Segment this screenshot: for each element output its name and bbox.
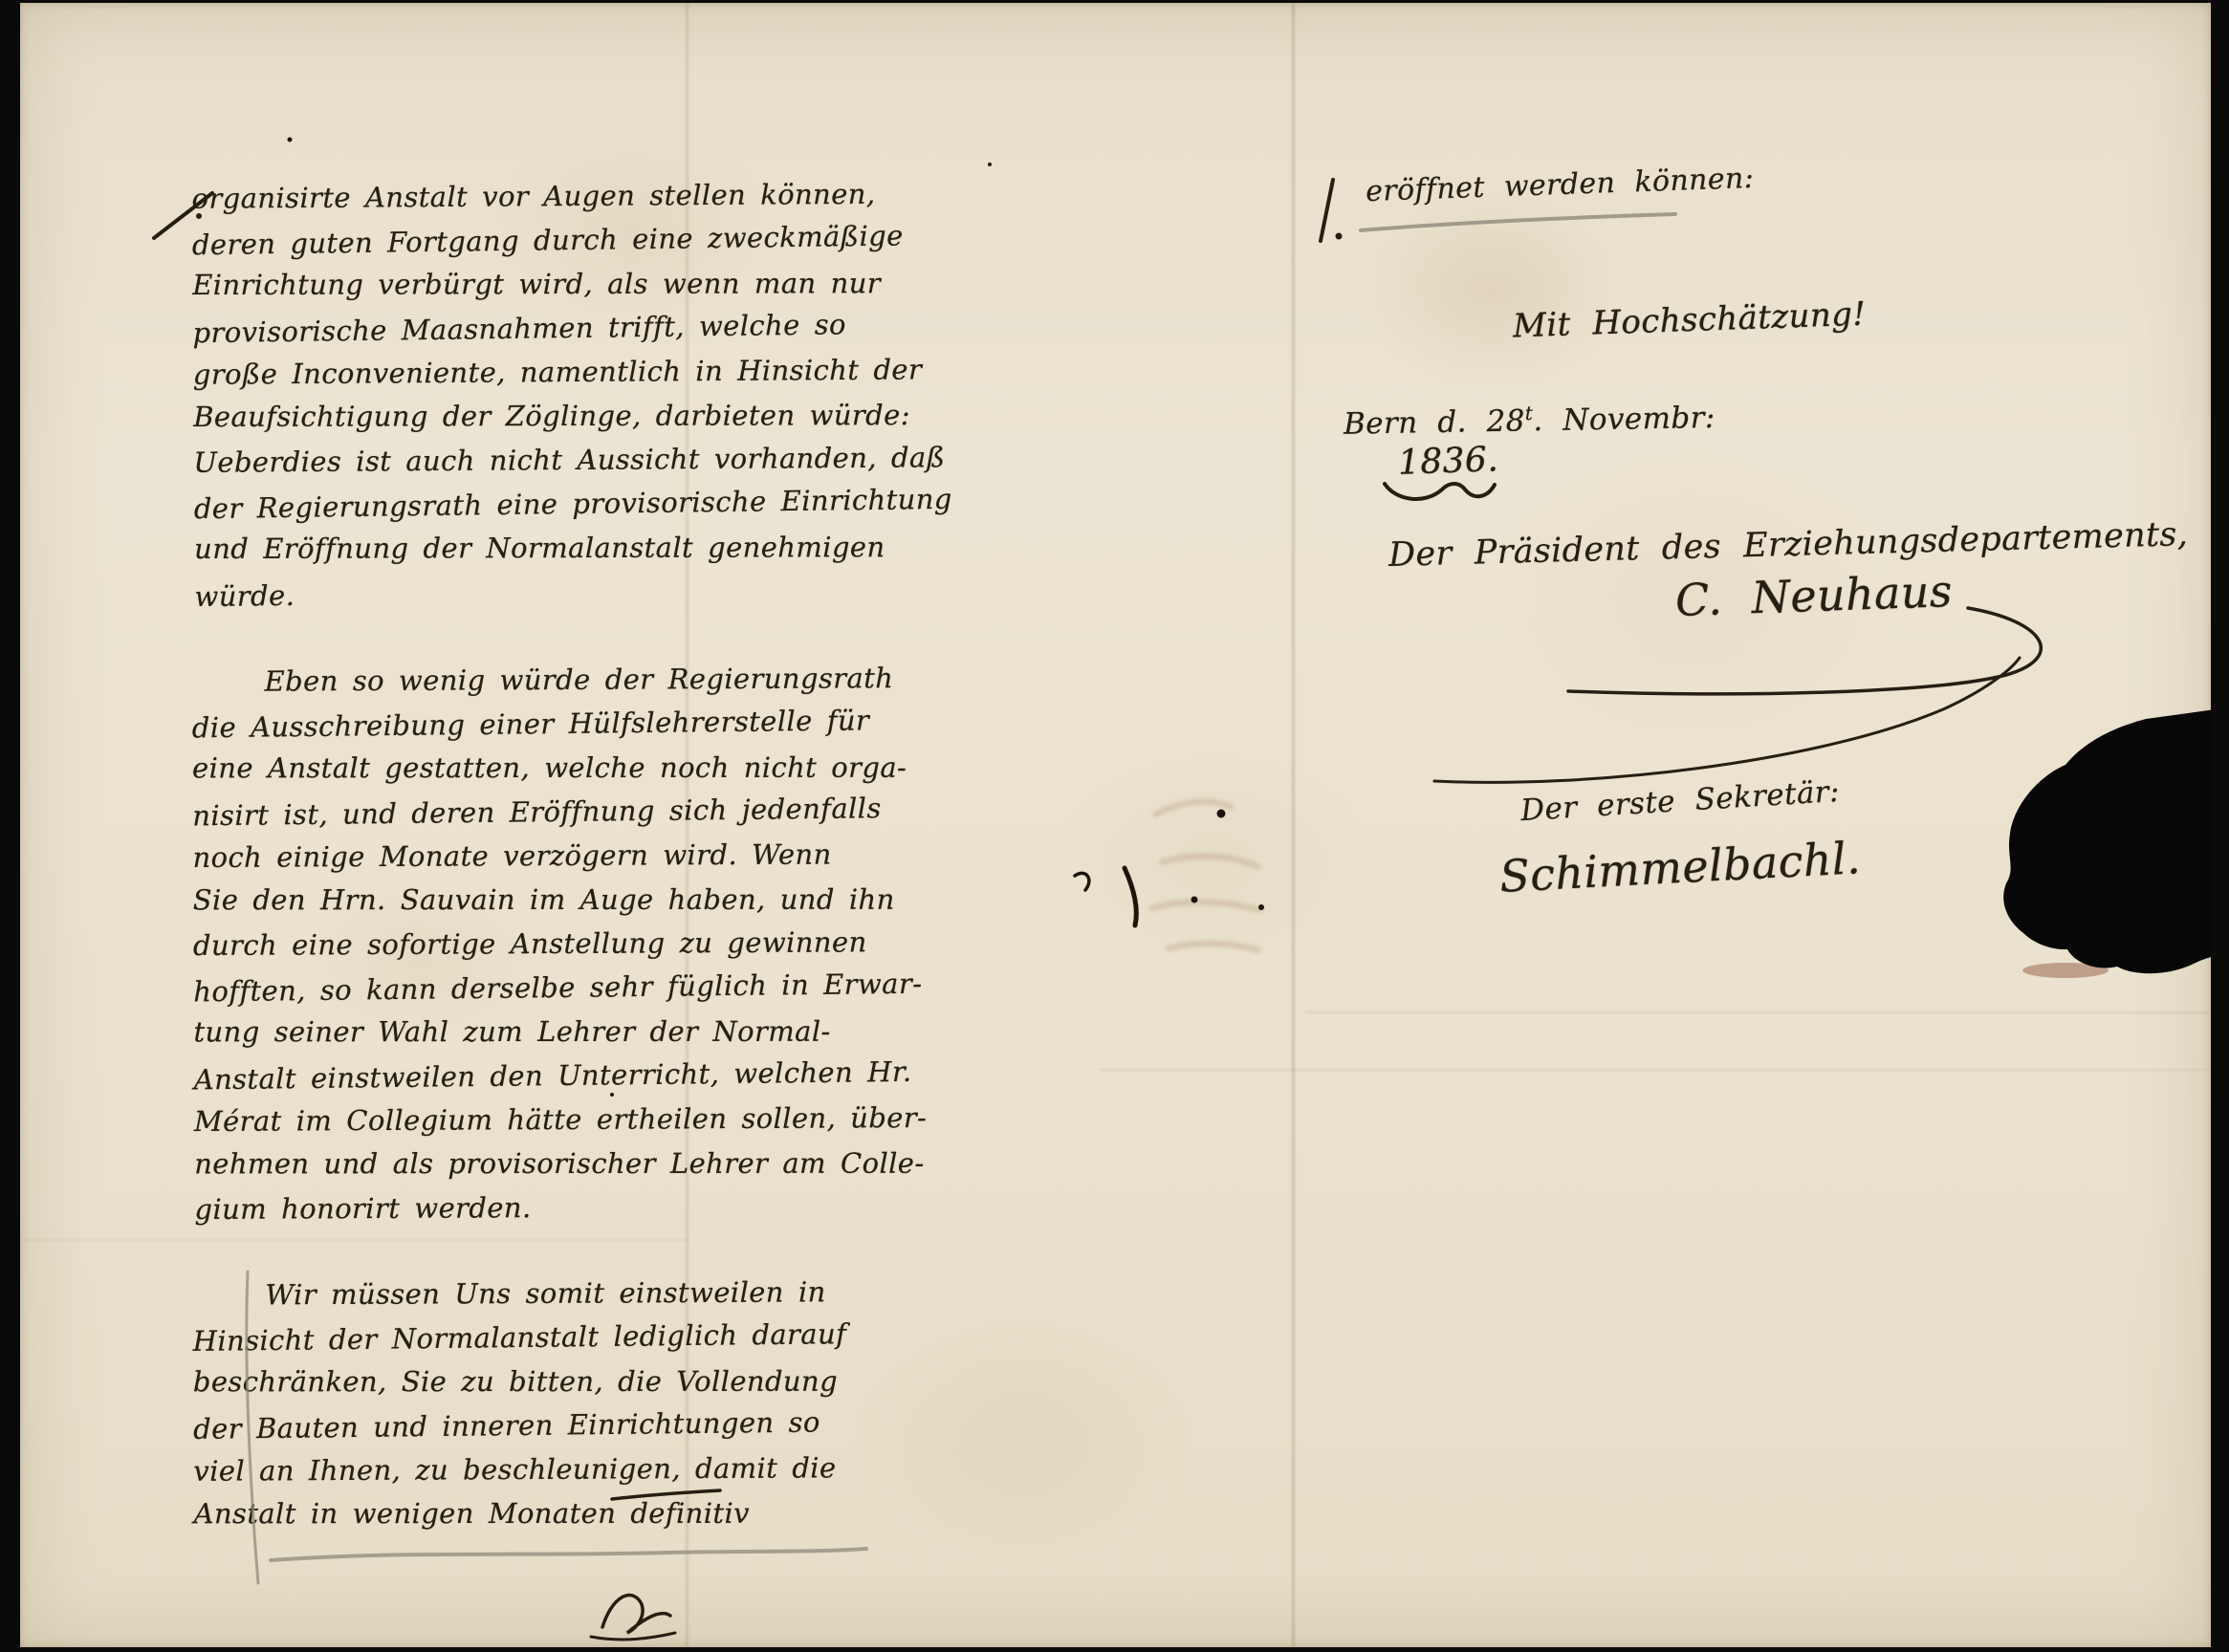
manuscript-line: nehmen und als provisorischer Lehrer am …	[194, 1141, 927, 1186]
manuscript-line: würde.	[194, 565, 953, 619]
signature-president: C. Neuhaus	[1674, 565, 1954, 626]
manuscript-line: und Eröffnung der Normalanstalt genehmig…	[194, 525, 952, 571]
manuscript-line: Einrichtung verbürgt wird, als wenn man …	[192, 261, 951, 307]
manuscript-line: Sie den Hrn. Sauvain im Auge haben, und …	[193, 878, 926, 923]
place-date-suffix: . Novembr:	[1533, 401, 1715, 438]
scan-edge-left	[0, 0, 20, 1652]
manuscript-line: die Ausschreibung einer Hülfslehrerstell…	[192, 698, 926, 750]
manuscript-line: nisirt ist, und deren Eröffnung sich jed…	[192, 786, 926, 838]
fold-crease-horizontal-1	[1305, 1011, 2209, 1013]
paragraph-3: Wir müssen Uns somit einstweilen in Hins…	[192, 1270, 847, 1537]
manuscript-line: Anstalt einstweilen den Unterricht, welc…	[193, 1050, 927, 1102]
manuscript-line: beschränken, Sie zu bitten, die Vollendu…	[193, 1359, 847, 1404]
fold-crease-horizontal-2	[1100, 1069, 2209, 1071]
manuscript-line: Eben so wenig würde der Regierungsrath	[191, 656, 925, 704]
manuscript-line: Hinsicht der Normalanstalt lediglich dar…	[192, 1312, 846, 1363]
manuscript-line: tung seiner Wahl zum Lehrer der Normal-	[193, 1010, 926, 1054]
manuscript-line: der Bauten und inneren Einrichtungen so	[193, 1400, 847, 1451]
manuscript-line: Mérat im Collegium hätte ertheilen solle…	[194, 1096, 928, 1143]
manuscript-line: Wir müssen Uns somit einstweilen in	[192, 1270, 846, 1317]
paragraph-2: Eben so wenig würde der Regierungsrath d…	[191, 656, 927, 1231]
manuscript-line: gium honorirt werden.	[194, 1184, 928, 1231]
manuscript-line: hofften, so kann derselbe sehr füglich i…	[193, 962, 927, 1014]
scan-edge-right	[2211, 0, 2229, 1652]
manuscript-line: Anstalt in wenigen Monaten definitiv	[194, 1491, 848, 1536]
manuscript-line: noch einige Monate verzögern wird. Wenn	[192, 832, 926, 880]
manuscript-line: Ueberdies ist auch nicht Aussicht vorhan…	[193, 435, 951, 485]
scan-edge-top	[0, 0, 2229, 3]
place-date-line: Bern d. 28t. Novembr:	[1344, 399, 1715, 442]
manuscript-line: große Inconveniente, namentlich in Hinsi…	[193, 347, 951, 397]
manuscript-line: viel an Ihnen, zu beschleunigen, damit d…	[193, 1445, 847, 1493]
manuscript-line: organisirte Anstalt vor Augen stellen kö…	[191, 171, 950, 221]
scanned-letter: organisirte Anstalt vor Augen stellen kö…	[0, 0, 2229, 1652]
manuscript-line: der Regierungsrath eine provisorische Ei…	[194, 477, 953, 531]
manuscript-line: durch eine sofortige Anstellung zu gewin…	[193, 920, 927, 967]
paragraph-1: organisirte Anstalt vor Augen stellen kö…	[191, 171, 952, 617]
fold-crease-vertical-center	[1292, 3, 1295, 1647]
scan-edge-bottom	[0, 1648, 2229, 1652]
manuscript-line: eine Anstalt gestatten, welche noch nich…	[192, 746, 925, 791]
manuscript-line: deren guten Fortgang durch eine zweckmäß…	[192, 213, 951, 267]
fold-crease-horizontal-3	[21, 1239, 690, 1241]
manuscript-line: provisorische Maasnahmen trifft, welche …	[192, 301, 951, 355]
year-line: 1836.	[1397, 440, 1498, 483]
place-date-prefix: Bern d. 28	[1344, 403, 1525, 441]
manuscript-line: Beaufsichtigung der Zöglinge, darbieten …	[193, 393, 951, 439]
